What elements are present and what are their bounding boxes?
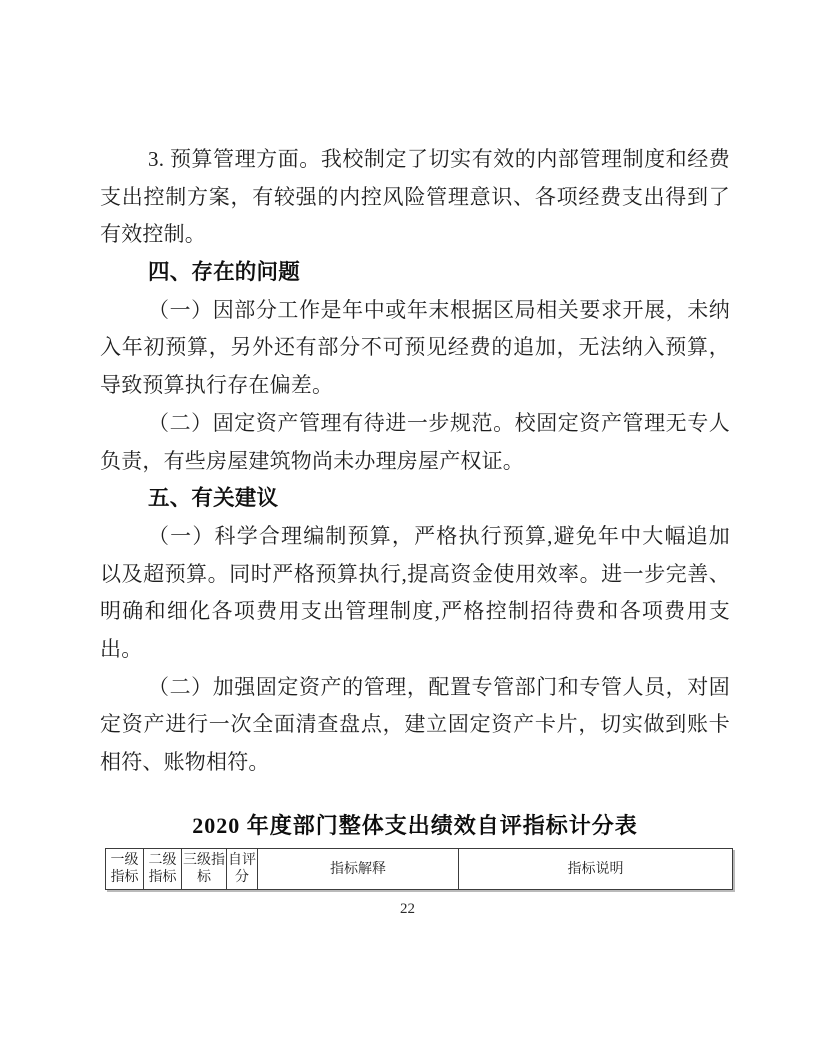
page-number: 22	[0, 901, 815, 918]
header-cell-explanation: 指标解释	[258, 849, 459, 890]
paragraph-line: （二）固定资产管理有待进一步规范。校固定资产管理无专人	[100, 405, 730, 443]
header-cell-description: 指标说明	[459, 849, 733, 890]
paragraph-line: （一）科学合理编制预算，严格执行预算,避免年中大幅追加	[100, 518, 730, 556]
section-heading-suggestions: 五、有关建议	[100, 480, 730, 518]
body-text: 3. 预算管理方面。我校制定了切实有效的内部管理制度和经费 支出控制方案，有较强…	[100, 141, 730, 782]
paragraph-line: 支出控制方案，有较强的内控风险管理意识、各项经费支出得到了	[100, 179, 730, 217]
paragraph-line: 3. 预算管理方面。我校制定了切实有效的内部管理制度和经费	[100, 141, 730, 179]
paragraph-line: 以及超预算。同时严格预算执行,提高资金使用效率。进一步完善、	[100, 556, 730, 594]
document-page: 3. 预算管理方面。我校制定了切实有效的内部管理制度和经费 支出控制方案，有较强…	[0, 0, 815, 1055]
paragraph-line: 导致预算执行存在偏差。	[100, 367, 730, 405]
section-heading-problems: 四、存在的问题	[100, 254, 730, 292]
paragraph-line: 有效控制。	[100, 216, 730, 254]
paragraph-line: 负责，有些房屋建筑物尚未办理房屋产权证。	[100, 443, 730, 481]
header-cell-self-score: 自评分	[227, 849, 258, 890]
paragraph-line: 入年初预算，另外还有部分不可预见经费的追加，无法纳入预算，	[100, 329, 730, 367]
header-cell-level3-indicator: 三级指标	[182, 849, 227, 890]
paragraph-line: （一）因部分工作是年中或年末根据区局相关要求开展，未纳	[100, 292, 730, 330]
paragraph-line: 定资产进行一次全面清查盘点，建立固定资产卡片，切实做到账卡	[100, 706, 730, 744]
paragraph-line: 明确和细化各项费用支出管理制度,严格控制招待费和各项费用支	[100, 593, 730, 631]
score-table: 一级指标 二级指标 三级指标 自评分 指标解释 指标说明	[105, 848, 733, 890]
table-title: 2020 年度部门整体支出绩效自评指标计分表	[100, 807, 730, 845]
paragraph-line: 相符、账物相符。	[100, 744, 730, 782]
header-cell-level2-indicator: 二级指标	[144, 849, 182, 890]
paragraph-line: （二）加强固定资产的管理，配置专管部门和专管人员，对固	[100, 669, 730, 707]
table-header-row: 一级指标 二级指标 三级指标 自评分 指标解释 指标说明	[106, 849, 733, 890]
header-cell-level1-indicator: 一级指标	[106, 849, 144, 890]
paragraph-line: 出。	[100, 631, 730, 669]
